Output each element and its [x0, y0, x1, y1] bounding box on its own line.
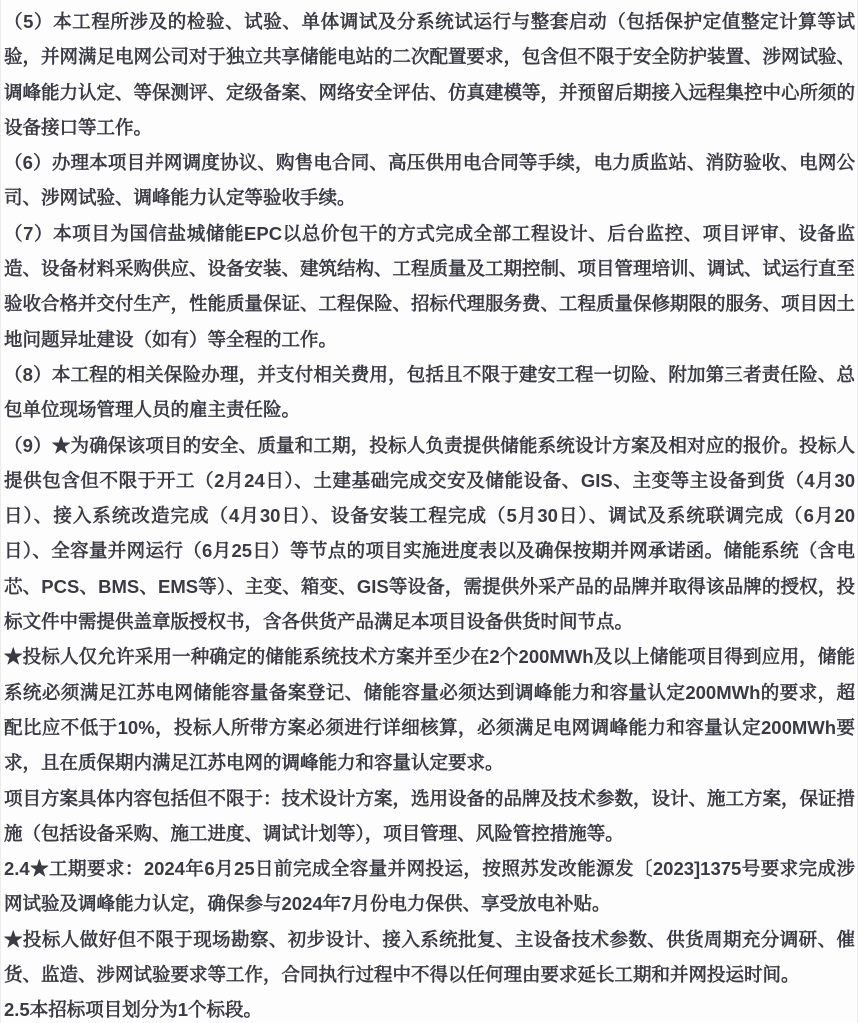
document-page: （5）本工程所涉及的检验、试验、单体调试及分系统试运行与整套启动（包括保护定值整… [0, 0, 858, 1023]
paragraph-project-plan-content: 项目方案具体内容包括但不限于：技术设计方案，选用设备的品牌及技术参数，设计、施工… [4, 781, 855, 852]
paragraph-item-8: （8）本工程的相关保险办理，并支付相关费用，包括且不限于建安工程一切险、附加第三… [4, 357, 855, 428]
paragraph-bidder-preparation-requirement: ★投标人做好但不限于现场勘察、初步设计、接入系统批复、主设备技术参数、供货周期充… [4, 922, 855, 993]
paragraph-2-5-bid-sections: 2.5本招标项目划分为1个标段。 [4, 992, 855, 1023]
paragraph-item-7: （7）本项目为国信盐城储能EPC以总价包干的方式完成全部工程设计、后台监控、项目… [4, 216, 855, 357]
paragraph-item-9: （9）★为确保该项目的安全、质量和工期，投标人负责提供储能系统设计方案及相对应的… [4, 428, 855, 640]
paragraph-2-4-schedule-requirement: 2.4★工期要求：2024年6月25日前完成全容量并网投运，按照苏发改能源发〔2… [4, 851, 855, 922]
paragraph-bidder-tech-scheme-requirement: ★投标人仅允许采用一种确定的储能系统技术方案并至少在2个200MWh及以上储能项… [4, 639, 855, 780]
paragraph-item-6: （6）办理本项目并网调度协议、购售电合同、高压供用电合同等手续，电力质监站、消防… [4, 145, 855, 216]
paragraph-item-5: （5）本工程所涉及的检验、试验、单体调试及分系统试运行与整套启动（包括保护定值整… [4, 4, 855, 145]
